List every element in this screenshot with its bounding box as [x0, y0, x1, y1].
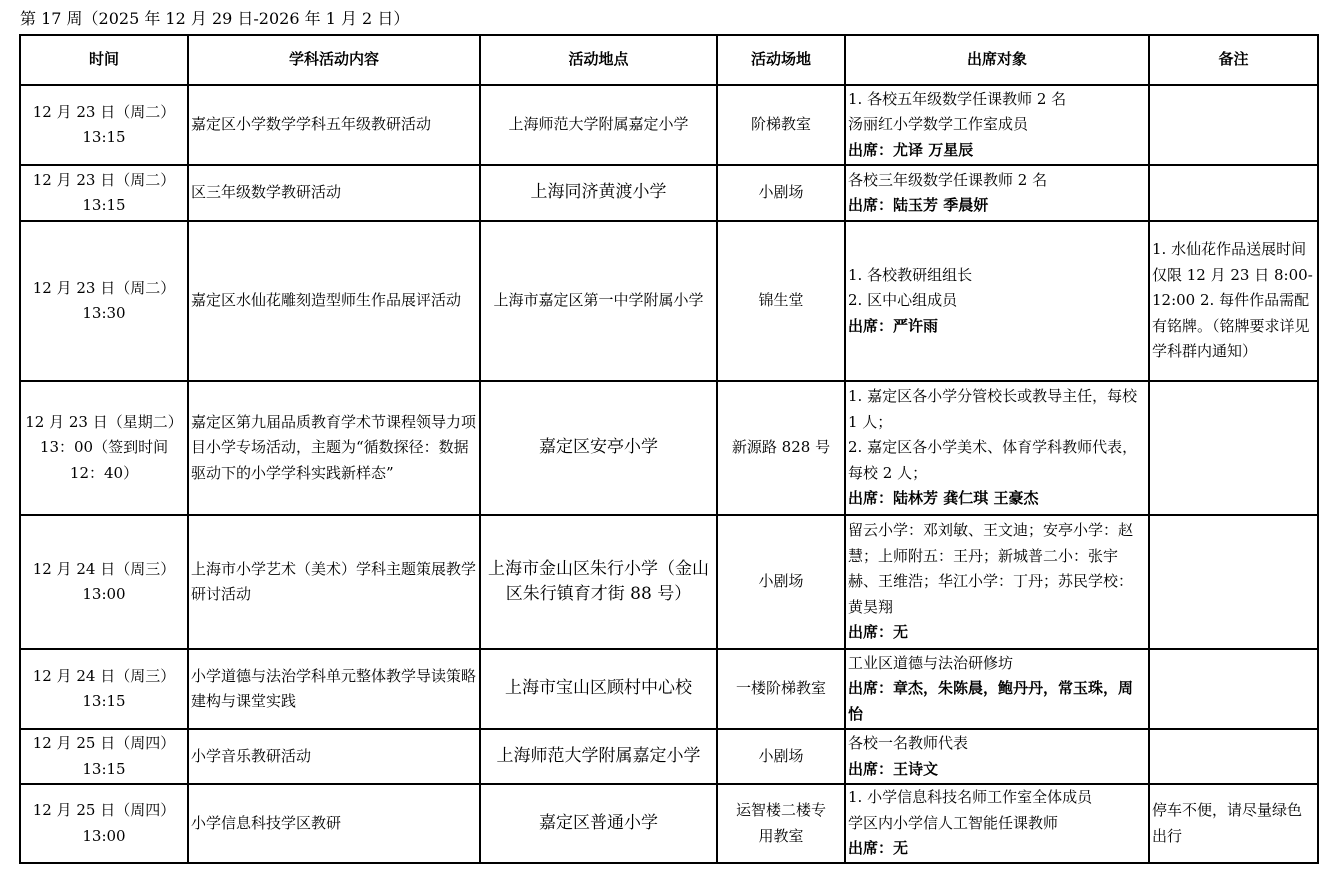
header-location: 活动地点	[480, 35, 717, 85]
time-cell: 12 月 23 日（星期二）13：00（签到时间12：40）	[20, 381, 188, 515]
location-cell: 上海同济黄渡小学	[480, 165, 717, 221]
present-list: 出席：严许雨	[848, 314, 1146, 340]
time-cell: 12 月 24 日（周三）13:15	[20, 649, 188, 729]
attendees-cell: 1. 各校教研组组长2. 区中心组成员出席：严许雨	[845, 221, 1149, 381]
time-cell: 12 月 23 日（周二）13:30	[20, 221, 188, 381]
table-row: 12 月 23 日（星期二）13：00（签到时间12：40） 嘉定区第九届品质教…	[20, 381, 1318, 515]
content-cell: 嘉定区水仙花雕刻造型师生作品展评活动	[188, 221, 480, 381]
location-cell: 嘉定区普通小学	[480, 784, 717, 863]
present-list: 出席：陆林芳 龚仁琪 王豪杰	[848, 486, 1146, 512]
notes-cell: 停车不便，请尽量绿色出行	[1149, 784, 1318, 863]
venue-cell: 小剧场	[717, 165, 845, 221]
header-venue: 活动场地	[717, 35, 845, 85]
attendees-cell: 留云小学：邓刘敏、王文迪；安亭小学：赵慧；上师附五：王丹；新城普二小：张宇赫、王…	[845, 515, 1149, 649]
venue-cell: 新源路 828 号	[717, 381, 845, 515]
location-cell: 上海师范大学附属嘉定小学	[480, 729, 717, 784]
location-cell: 上海市宝山区顾村中心校	[480, 649, 717, 729]
present-list: 出席：无	[848, 620, 1146, 646]
attendees-cell: 各校一名教师代表出席：王诗文	[845, 729, 1149, 784]
content-cell: 小学道德与法治学科单元整体教学导读策略建构与课堂实践	[188, 649, 480, 729]
content-cell: 小学音乐教研活动	[188, 729, 480, 784]
venue-cell: 锦生堂	[717, 221, 845, 381]
notes-cell: 1. 水仙花作品送展时间仅限 12 月 23 日 8:00-12:00 2. 每…	[1149, 221, 1318, 381]
present-list: 出席：章杰，朱陈晨，鲍丹丹，常玉珠，周怡	[848, 676, 1146, 727]
location-cell: 上海市嘉定区第一中学附属小学	[480, 221, 717, 381]
table-row: 12 月 24 日（周三）13:15 小学道德与法治学科单元整体教学导读策略建构…	[20, 649, 1318, 729]
location-cell: 上海市金山区朱行小学（金山区朱行镇育才街 88 号）	[480, 515, 717, 649]
time-cell: 12 月 25 日（周四）13:00	[20, 784, 188, 863]
page-title: 第 17 周（2025 年 12 月 29 日-2026 年 1 月 2 日）	[20, 8, 409, 30]
time-cell: 12 月 25 日（周四）13:15	[20, 729, 188, 784]
time-cell: 12 月 23 日（周二）13:15	[20, 85, 188, 165]
header-attendees: 出席对象	[845, 35, 1149, 85]
table-row: 12 月 24 日（周三）13:00 上海市小学艺术（美术）学科主题策展教学研讨…	[20, 515, 1318, 649]
venue-cell: 小剧场	[717, 729, 845, 784]
content-cell: 小学信息科技学区教研	[188, 784, 480, 863]
attendees-cell: 各校三年级数学任课教师 2 名出席：陆玉芳 季晨妍	[845, 165, 1149, 221]
venue-cell: 小剧场	[717, 515, 845, 649]
notes-cell	[1149, 165, 1318, 221]
content-cell: 嘉定区小学数学学科五年级教研活动	[188, 85, 480, 165]
content-cell: 上海市小学艺术（美术）学科主题策展教学研讨活动	[188, 515, 480, 649]
location-cell: 嘉定区安亭小学	[480, 381, 717, 515]
table-row: 12 月 23 日（周二）13:15 区三年级数学教研活动 上海同济黄渡小学 小…	[20, 165, 1318, 221]
table-row: 12 月 23 日（周二）13:30 嘉定区水仙花雕刻造型师生作品展评活动 上海…	[20, 221, 1318, 381]
content-cell: 区三年级数学教研活动	[188, 165, 480, 221]
header-content: 学科活动内容	[188, 35, 480, 85]
header-time: 时间	[20, 35, 188, 85]
notes-cell	[1149, 649, 1318, 729]
venue-cell: 一楼阶梯教室	[717, 649, 845, 729]
location-cell: 上海师范大学附属嘉定小学	[480, 85, 717, 165]
notes-cell	[1149, 85, 1318, 165]
schedule-table: 时间 学科活动内容 活动地点 活动场地 出席对象 备注 12 月 23 日（周二…	[19, 34, 1319, 864]
present-list: 出席：无	[848, 836, 1146, 862]
content-cell: 嘉定区第九届品质教育学术节课程领导力项目小学专场活动，主题为“循数探径：数据驱动…	[188, 381, 480, 515]
header-notes: 备注	[1149, 35, 1318, 85]
present-list: 出席：王诗文	[848, 757, 1146, 783]
attendees-cell: 1. 小学信息科技名师工作室全体成员学区内小学信人工智能任课教师出席：无	[845, 784, 1149, 863]
present-list: 出席：陆玉芳 季晨妍	[848, 193, 1146, 219]
table-row: 12 月 23 日（周二）13:15 嘉定区小学数学学科五年级教研活动 上海师范…	[20, 85, 1318, 165]
attendees-cell: 1. 各校五年级数学任课教师 2 名汤丽红小学数学工作室成员出席：尤译 万星辰	[845, 85, 1149, 165]
table-row: 12 月 25 日（周四）13:15 小学音乐教研活动 上海师范大学附属嘉定小学…	[20, 729, 1318, 784]
attendees-cell: 工业区道德与法治研修坊出席：章杰，朱陈晨，鲍丹丹，常玉珠，周怡	[845, 649, 1149, 729]
venue-cell: 运智楼二楼专用教室	[717, 784, 845, 863]
header-row: 时间 学科活动内容 活动地点 活动场地 出席对象 备注	[20, 35, 1318, 85]
time-cell: 12 月 23 日（周二）13:15	[20, 165, 188, 221]
venue-cell: 阶梯教室	[717, 85, 845, 165]
present-list: 出席：尤译 万星辰	[848, 138, 1146, 164]
notes-cell	[1149, 729, 1318, 784]
time-cell: 12 月 24 日（周三）13:00	[20, 515, 188, 649]
table-row: 12 月 25 日（周四）13:00 小学信息科技学区教研 嘉定区普通小学 运智…	[20, 784, 1318, 863]
notes-cell	[1149, 515, 1318, 649]
attendees-cell: 1. 嘉定区各小学分管校长或教导主任，每校 1 人；2. 嘉定区各小学美术、体育…	[845, 381, 1149, 515]
notes-cell	[1149, 381, 1318, 515]
